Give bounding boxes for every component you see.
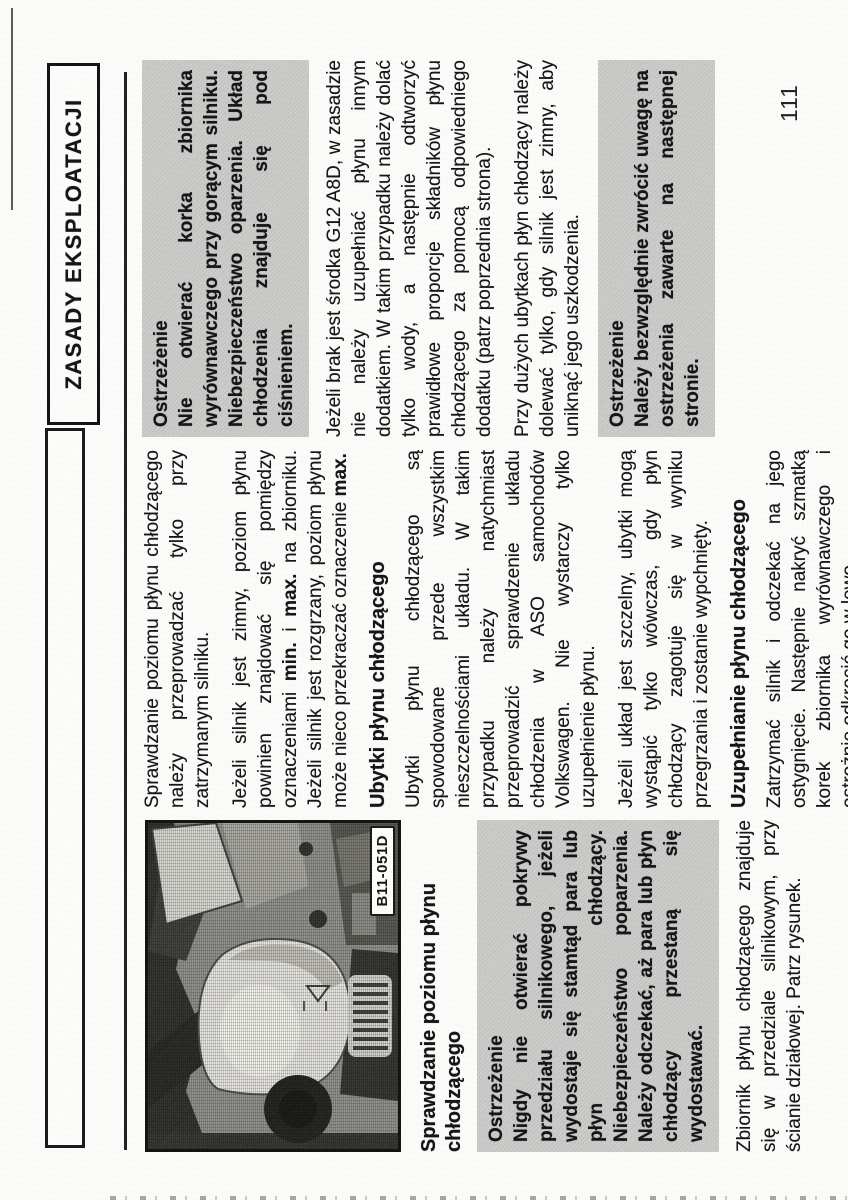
warning-box-engine-cover: Ostrzeżenie Nigdy nie otwierać pokrywy p… <box>477 820 719 1152</box>
section-heading-topping-up: Uzupełnianie płynu chłodzącego <box>727 450 752 808</box>
para-loss-overheat: Jeżeli układ jest szczelny, ubytki mogą … <box>614 450 714 808</box>
max-label: max. <box>280 574 301 617</box>
engine-bay-illustration <box>148 823 398 1149</box>
warning-box-hot-cap: Ostrzeżenie Nie otwierać korka zbiornika… <box>142 60 309 437</box>
page-content-rotated: ZASADY EKSPLOATACJI <box>0 0 848 1200</box>
warning-title: Ostrzeżenie <box>484 830 509 1142</box>
header-rule <box>124 72 127 1150</box>
scanned-manual-page: ZASADY EKSPLOATACJI <box>0 0 848 1200</box>
para-g12-additive: Jeżeli brak jest środka G12 A8D, w zasad… <box>322 60 497 437</box>
para-loss-causes: Ubytki płynu chłodzącego są spowodowane … <box>401 450 601 808</box>
min-label: min. <box>280 642 301 681</box>
para-topping-up-procedure: Zatrzymać silnik i odczekać na jego osty… <box>762 450 848 808</box>
warning-title: Ostrzeżenie <box>605 70 630 427</box>
warning-text: Nigdy nie otwierać pokrywy przedziału si… <box>509 830 709 1142</box>
column-left: B11-051D Sprawdzanie poziomu płynu chłod… <box>140 820 820 1152</box>
para-level-text-2: i <box>280 617 301 642</box>
scan-artifact-bottom-speckle <box>110 1196 848 1200</box>
section-heading-coolant-loss: Ubytki płynu chłodzącego <box>366 450 391 808</box>
warning-box-next-page: Ostrzeżenie Należy bezwzględnie zwrócić … <box>598 60 715 437</box>
chapter-title: ZASADY EKSPLOATACJI <box>61 98 87 389</box>
section-heading-check-coolant: Sprawdzanie poziomu płynu chłodzącego <box>417 820 467 1152</box>
column-right: Ostrzeżenie Nie otwierać korka zbiornika… <box>142 60 728 437</box>
warning-text: Nie otwierać korka zbiornika wyrównawcze… <box>174 70 299 427</box>
para-level-min-max: Jeżeli silnik jest zimny, poziom płynu p… <box>228 450 353 808</box>
figure-label: B11-051D <box>370 826 395 916</box>
header-banner-bar <box>45 428 85 1148</box>
scan-artifact-edge-line <box>11 8 13 210</box>
para-large-losses: Przy dużych ubytkach płyn chłodzący nale… <box>510 60 585 437</box>
warning-text: Należy bezwzględnie zwrócić uwagę na ost… <box>630 70 705 427</box>
para-check-only-stopped: Sprawdzanie poziomu płynu chłodzącego na… <box>140 450 215 808</box>
para-reservoir-location: Zbiornik płynu chłodzącego znajduje się … <box>732 820 807 1152</box>
chapter-title-box: ZASADY EKSPLOATACJI <box>47 63 100 425</box>
max-label-2: max. <box>330 453 351 496</box>
engine-bay-figure: B11-051D <box>145 820 401 1152</box>
column-middle: Sprawdzanie poziomu płynu chłodzącego na… <box>140 450 848 808</box>
warning-title: Ostrzeżenie <box>149 70 174 427</box>
page-number: 111 <box>776 84 803 122</box>
